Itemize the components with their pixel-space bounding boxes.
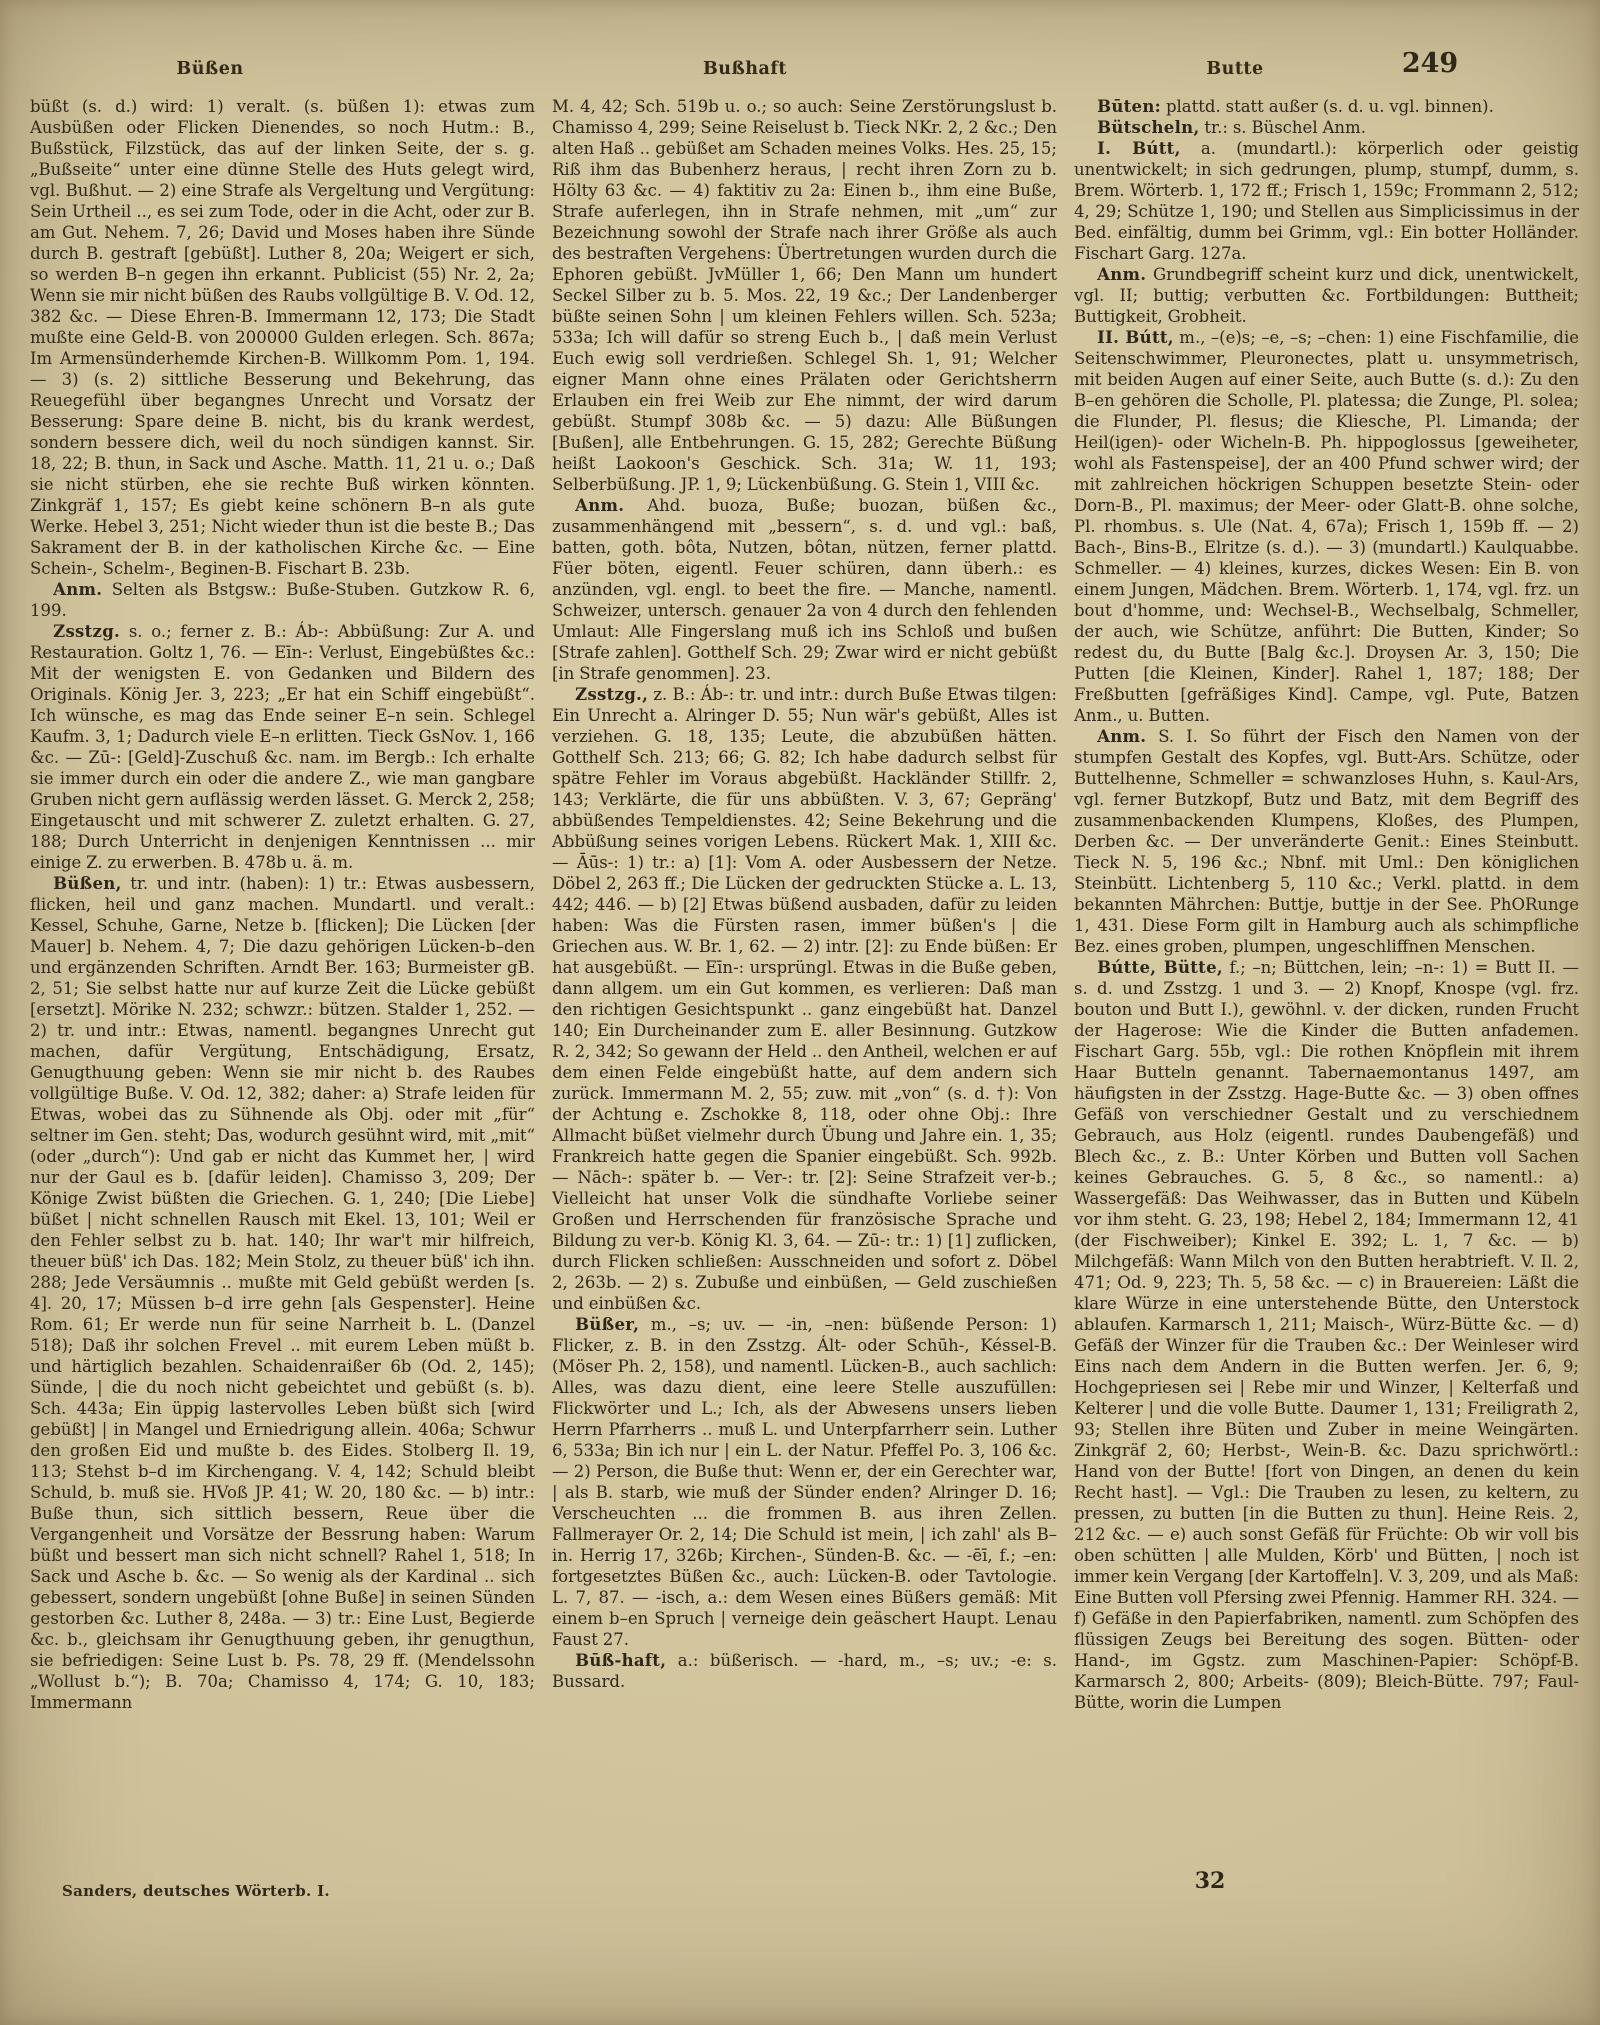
- dictionary-paragraph: Zsstzg., z. B.: Áb-: tr. und intr.: durc…: [552, 684, 1057, 1314]
- headword: Būß-haft,: [575, 1651, 666, 1670]
- page-number: 249: [1375, 48, 1485, 79]
- headword: Bútte, Bütte,: [1097, 958, 1223, 977]
- dictionary-paragraph: Būten: plattd. statt außer (s. d. u. vgl…: [1074, 96, 1579, 117]
- dictionary-paragraph: Būß-haft, a.: büßerisch. — -hard, m., –s…: [552, 1650, 1057, 1692]
- sheet-signature-number: 32: [1160, 1868, 1260, 1894]
- dictionary-page: Büßen Bußhaft Butte 249 büßt (s. d.) wir…: [0, 0, 1600, 2025]
- text-column-2: M. 4, 42; Sch. 519b u. o.; so auch: Sein…: [552, 96, 1057, 1882]
- dictionary-paragraph: büßt (s. d.) wird: 1) veralt. (s. büßen …: [30, 96, 535, 579]
- headword: Anm.: [575, 496, 624, 515]
- dictionary-paragraph: Zsstzg. s. o.; ferner z. B.: Áb-: Abbüßu…: [30, 621, 535, 873]
- headword: Zsstzg.,: [575, 685, 648, 704]
- dictionary-paragraph: Anm. Ahd. buoza, Buße; buozan, büßen &c.…: [552, 495, 1057, 684]
- headword: Būten:: [1097, 97, 1161, 116]
- dictionary-paragraph: Anm. S. I. So führt der Fisch den Namen …: [1074, 726, 1579, 957]
- headword: Büßer,: [575, 1315, 639, 1334]
- dictionary-paragraph: M. 4, 42; Sch. 519b u. o.; so auch: Sein…: [552, 96, 1057, 495]
- dictionary-paragraph: Büßen, tr. und intr. (haben): 1) tr.: Et…: [30, 873, 535, 1713]
- dictionary-paragraph: Bútte, Bütte, f.; –n; Büttchen, lein; –n…: [1074, 957, 1579, 1713]
- dictionary-paragraph: Anm. Selten als Bstgsw.: Buße-Stuben. Gu…: [30, 579, 535, 621]
- text-columns: büßt (s. d.) wird: 1) veralt. (s. büßen …: [30, 96, 1579, 1882]
- headword: Büßen,: [53, 874, 122, 893]
- dictionary-paragraph: Anm. Grundbegriff scheint kurz und dick,…: [1074, 264, 1579, 327]
- headword: Anm.: [1097, 727, 1146, 746]
- dictionary-paragraph: II. Bútt, m., –(e)s; –e, –s; –chen: 1) e…: [1074, 327, 1579, 726]
- running-head-left: Büßen: [110, 56, 310, 82]
- headword: II. Bútt,: [1097, 328, 1174, 347]
- headword: Zsstzg.: [53, 622, 120, 641]
- dictionary-paragraph: I. Bútt, a. (mundartl.): körperlich oder…: [1074, 138, 1579, 264]
- text-column-1: büßt (s. d.) wird: 1) veralt. (s. büßen …: [30, 96, 535, 1882]
- footer-imprint: Sanders, deutsches Wörterb. I.: [62, 1882, 330, 1900]
- headword: I. Bútt,: [1097, 139, 1181, 158]
- dictionary-paragraph: Büßer, m., –s; uv. — -in, –nen: büßende …: [552, 1314, 1057, 1650]
- text-column-3: Būten: plattd. statt außer (s. d. u. vgl…: [1074, 96, 1579, 1882]
- running-head-center: Bußhaft: [645, 56, 845, 82]
- headword: Anm.: [1097, 265, 1146, 284]
- headword: Bütscheln,: [1097, 118, 1199, 137]
- running-head-right: Butte: [1135, 56, 1335, 82]
- headword: Anm.: [53, 580, 102, 599]
- dictionary-paragraph: Bütscheln, tr.: s. Büschel Anm.: [1074, 117, 1579, 138]
